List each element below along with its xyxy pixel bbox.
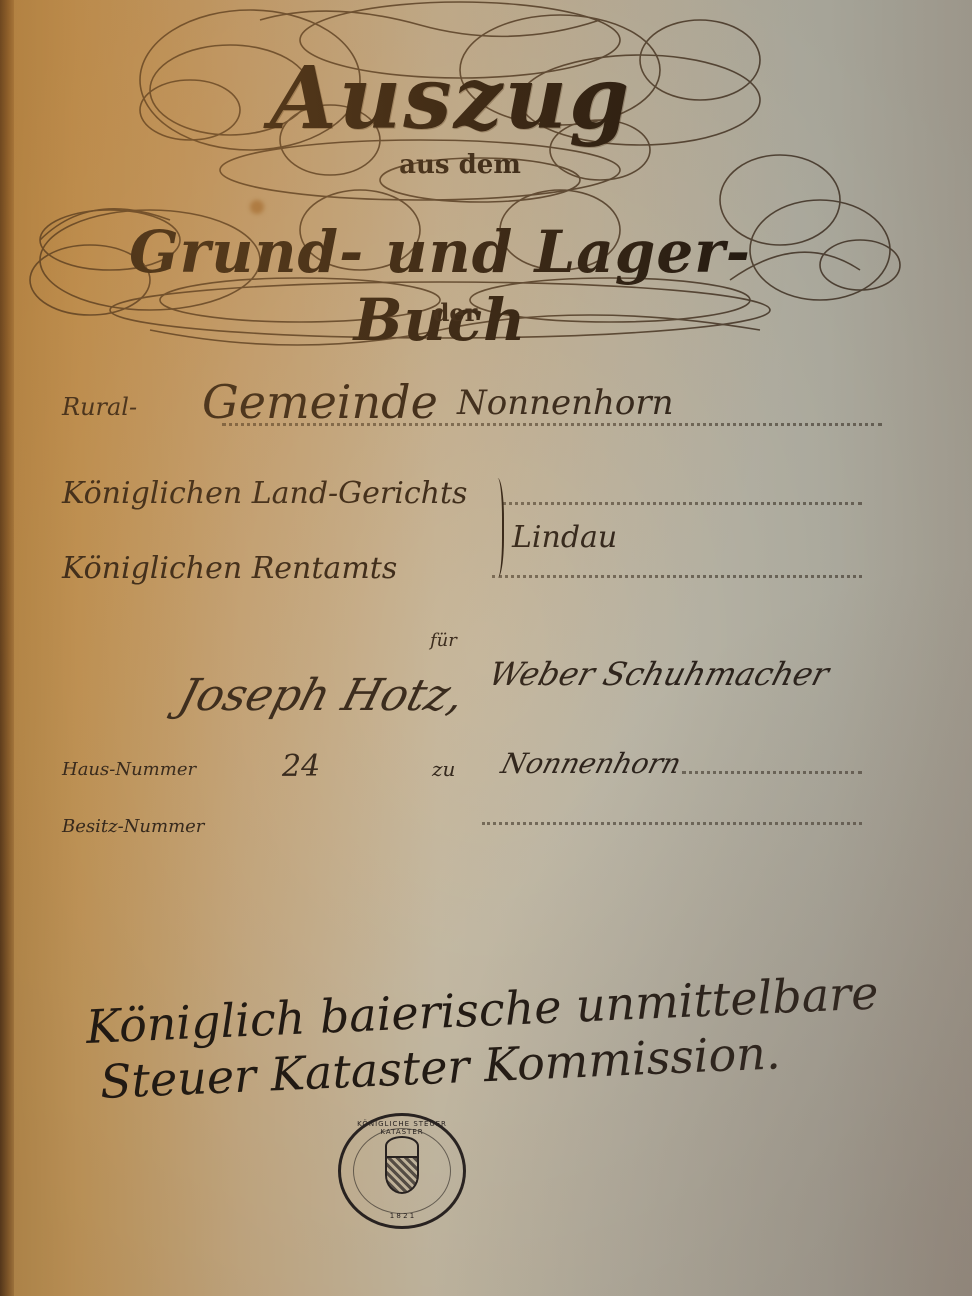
- house-location: Nonnenhorn: [498, 747, 685, 780]
- house-number-value: 24: [282, 749, 320, 784]
- property-number-label: Besitz-Nummer: [62, 816, 204, 837]
- court-label: Königlichen Land-Gerichts: [62, 476, 467, 511]
- crown-icon: [385, 1136, 419, 1156]
- owner-name: Joseph Hotz,: [173, 670, 470, 721]
- house-number-row: Haus-Nummer 24 zu Nonnenhorn: [62, 745, 902, 795]
- official-stamp-seal: KÖNIGLICHE STEUER KATASTER 1 8 2 1: [338, 1113, 466, 1229]
- rent-office-row: Königlichen Rentamts: [62, 545, 902, 595]
- document-subtitle: aus dem: [370, 150, 550, 180]
- house-number-dotted-line: [682, 771, 862, 774]
- house-number-label: Haus-Nummer: [62, 759, 196, 780]
- seal-ring-text: KÖNIGLICHE STEUER KATASTER: [341, 1120, 463, 1136]
- municipality-dotted-line: [222, 423, 882, 426]
- owner-occupation: Weber Schuhmacher: [485, 655, 833, 693]
- coat-of-arms-shield-icon: [385, 1156, 419, 1194]
- municipality-value: Nonnenhorn: [457, 383, 674, 423]
- rent-office-dotted-line: [492, 575, 862, 578]
- house-location-prefix: zu: [432, 757, 455, 781]
- seal-date-text: 1 8 2 1: [341, 1212, 463, 1220]
- property-number-row: Besitz-Nummer: [62, 810, 902, 850]
- rust-stain: [250, 200, 264, 214]
- owner-prefix: für: [430, 630, 457, 651]
- municipality-label-prefix: Rural-: [62, 393, 137, 421]
- municipality-row: Rural- Gemeinde Nonnenhorn: [62, 375, 902, 435]
- document-title: Auszug: [270, 48, 630, 149]
- court-dotted-line: [502, 502, 862, 505]
- court-row: Königlichen Land-Gerichts: [62, 470, 902, 520]
- rent-office-label: Königlichen Rentamts: [62, 551, 397, 586]
- register-book-title: Grund- und Lager-Buch: [100, 218, 780, 354]
- property-number-dotted-line: [482, 822, 862, 825]
- title-article: der: [400, 298, 510, 327]
- municipality-label: Gemeinde: [202, 375, 438, 429]
